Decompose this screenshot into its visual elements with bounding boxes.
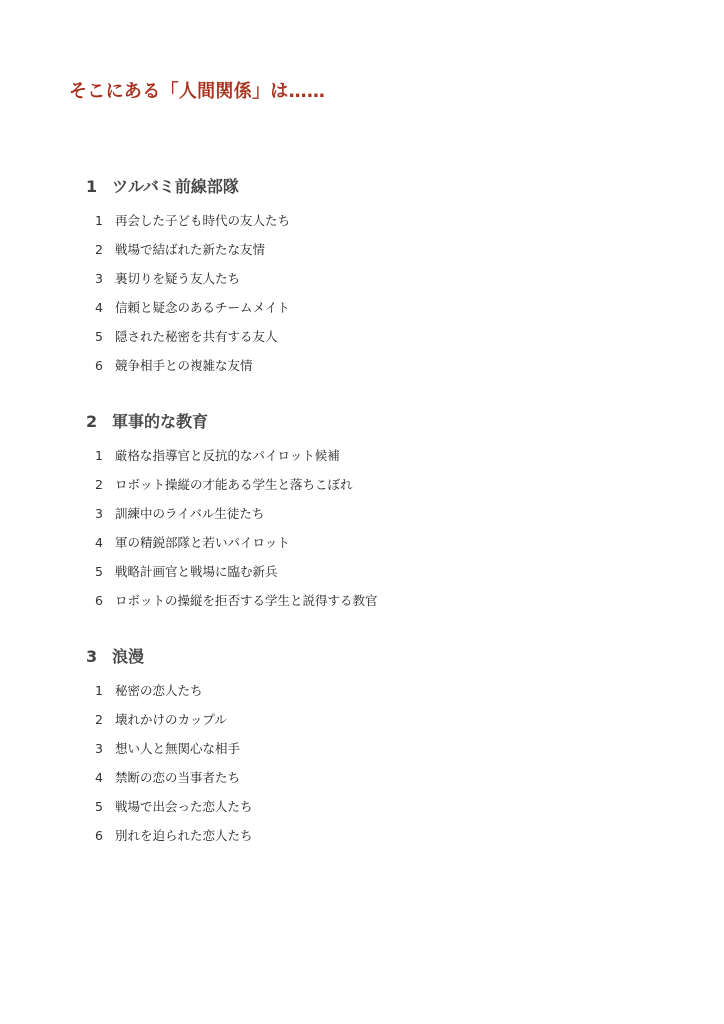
section-title: 軍事的な教育 [112,409,208,432]
item-number: 4 [95,770,115,785]
item-number: 4 [95,535,115,550]
item-number: 1 [95,683,115,698]
item-text: 隠された秘密を共有する友人 [115,327,278,345]
item-text: 別れを迫られた恋人たち [115,826,253,844]
item-number: 5 [95,329,115,344]
list-item: 5戦場で出会った恋人たち [95,797,253,826]
item-number: 1 [95,213,115,228]
item-text: ロボット操縦の才能ある学生と落ちこぼれ [115,475,353,493]
item-text: 信頼と疑念のあるチームメイト [115,298,290,316]
item-text: 競争相手との複雑な友情 [115,356,253,374]
item-number: 2 [95,242,115,257]
item-number: 6 [95,358,115,373]
list-item: 6別れを迫られた恋人たち [95,826,253,855]
list-item: 2ロボット操縦の才能ある学生と落ちこぼれ [95,475,378,504]
page-title: そこにある「人間関係」は…… [69,77,325,103]
item-text: 再会した子ども時代の友人たち [115,211,290,229]
section-number: 2 [86,412,112,431]
list-item: 5隠された秘密を共有する友人 [95,327,290,356]
list-item: 1再会した子ども時代の友人たち [95,211,290,240]
item-list: 1厳格な指導官と反抗的なパイロット候補 2ロボット操縦の才能ある学生と落ちこぼれ… [86,446,378,620]
section-heading: 2 軍事的な教育 [86,409,378,431]
item-number: 5 [95,799,115,814]
item-text: 訓練中のライバル生徒たち [115,504,264,522]
section-2: 2 軍事的な教育 1厳格な指導官と反抗的なパイロット候補 2ロボット操縦の才能あ… [86,409,378,620]
item-number: 2 [95,712,115,727]
section-number: 1 [86,177,112,196]
item-text: 軍の精鋭部隊と若いパイロット [115,533,290,551]
item-list: 1再会した子ども時代の友人たち 2戦場で結ばれた新たな友情 3裏切りを疑う友人た… [86,211,290,385]
item-list: 1秘密の恋人たち 2壊れかけのカップル 3想い人と無関心な相手 4禁断の恋の当事… [86,681,253,855]
item-text: 秘密の恋人たち [115,681,203,699]
list-item: 2壊れかけのカップル [95,710,253,739]
list-item: 4禁断の恋の当事者たち [95,768,253,797]
section-heading: 1 ツルバミ前線部隊 [86,174,290,196]
list-item: 2戦場で結ばれた新たな友情 [95,240,290,269]
item-number: 4 [95,300,115,315]
item-number: 5 [95,564,115,579]
item-text: 壊れかけのカップル [115,710,227,728]
item-text: 戦場で出会った恋人たち [115,797,253,815]
list-item: 6ロボットの操縦を拒否する学生と説得する教官 [95,591,378,620]
list-item: 3裏切りを疑う友人たち [95,269,290,298]
list-item: 5戦略計画官と戦場に臨む新兵 [95,562,378,591]
list-item: 4信頼と疑念のあるチームメイト [95,298,290,327]
list-item: 1秘密の恋人たち [95,681,253,710]
list-item: 3訓練中のライバル生徒たち [95,504,378,533]
section-1: 1 ツルバミ前線部隊 1再会した子ども時代の友人たち 2戦場で結ばれた新たな友情… [86,174,290,385]
section-heading: 3 浪漫 [86,644,253,666]
item-text: 戦場で結ばれた新たな友情 [115,240,265,258]
item-number: 6 [95,828,115,843]
item-text: 厳格な指導官と反抗的なパイロット候補 [115,446,340,464]
section-title: 浪漫 [112,644,144,667]
list-item: 4軍の精鋭部隊と若いパイロット [95,533,378,562]
section-title: ツルバミ前線部隊 [112,174,239,197]
item-text: 禁断の恋の当事者たち [115,768,240,786]
item-number: 3 [95,741,115,756]
item-number: 2 [95,477,115,492]
section-number: 3 [86,647,112,666]
list-item: 6競争相手との複雑な友情 [95,356,290,385]
item-number: 6 [95,593,115,608]
list-item: 3想い人と無関心な相手 [95,739,253,768]
item-text: ロボットの操縦を拒否する学生と説得する教官 [115,591,378,609]
item-number: 1 [95,448,115,463]
item-text: 戦略計画官と戦場に臨む新兵 [115,562,278,580]
item-text: 想い人と無関心な相手 [115,739,240,757]
list-item: 1厳格な指導官と反抗的なパイロット候補 [95,446,378,475]
item-number: 3 [95,271,115,286]
item-text: 裏切りを疑う友人たち [115,269,240,287]
section-3: 3 浪漫 1秘密の恋人たち 2壊れかけのカップル 3想い人と無関心な相手 4禁断… [86,644,253,855]
item-number: 3 [95,506,115,521]
